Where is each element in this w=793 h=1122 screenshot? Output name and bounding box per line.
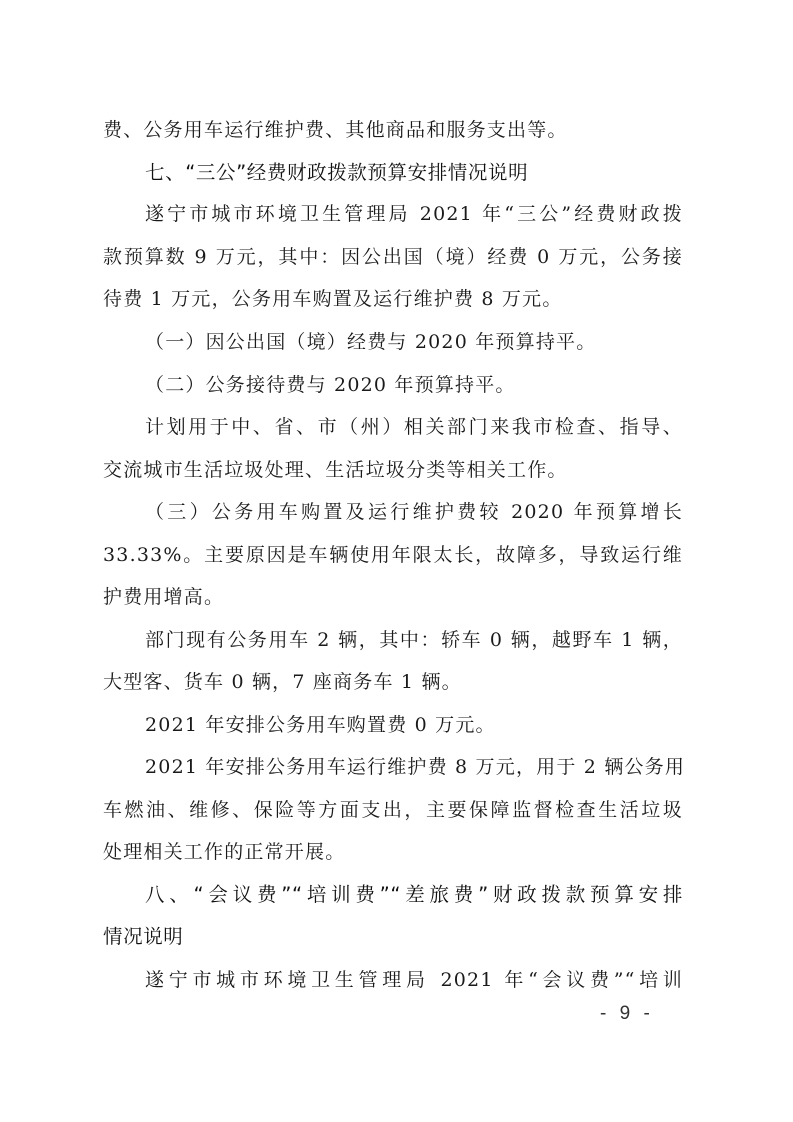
- section-heading-8-cont: 情况说明: [103, 925, 683, 949]
- body-text-line: 33.33%。主要原因是车辆使用年限太长，故障多，导致运行维: [103, 543, 683, 567]
- body-text-line: 处理相关工作的正常开展。: [103, 840, 683, 864]
- section-heading-7: 七、“三公”经费财政拨款预算安排情况说明: [145, 161, 683, 185]
- body-text-line: 计划用于中、省、市（州）相关部门来我市检查、指导、: [145, 415, 683, 439]
- body-text-line: 2021 年安排公务用车购置费 0 万元。: [145, 713, 683, 737]
- subsection-line: （二）公务接待费与 2020 年预算持平。: [145, 373, 683, 397]
- body-text-line: 费、公务用车运行维护费、其他商品和服务支出等。: [103, 118, 683, 142]
- body-text-line: 遂宁市城市环境卫生管理局 2021 年“三公”经费财政拨: [145, 202, 683, 226]
- body-text-line: 遂宁市城市环境卫生管理局 2021 年“会议费”“培训: [145, 968, 683, 992]
- subsection-line: （一）因公出国（境）经费与 2020 年预算持平。: [145, 330, 683, 354]
- document-page: 费、公务用车运行维护费、其他商品和服务支出等。 七、“三公”经费财政拨款预算安排…: [0, 0, 793, 1122]
- body-text-line: 2021 年安排公务用车运行维护费 8 万元，用于 2 辆公务用: [145, 755, 683, 779]
- body-text-line: 待费 1 万元，公务用车购置及运行维护费 8 万元。: [103, 287, 683, 311]
- body-text-line: 车燃油、维修、保险等方面支出，主要保障监督检查生活垃圾: [103, 798, 683, 822]
- section-heading-8: 八、“会议费”“培训费”“差旅费”财政拨款预算安排: [145, 883, 683, 907]
- body-text-line: 部门现有公务用车 2 辆，其中：轿车 0 辆，越野车 1 辆，: [145, 628, 683, 652]
- page-number: - 9 -: [600, 1003, 654, 1025]
- body-text-line: 款预算数 9 万元，其中：因公出国（境）经费 0 万元，公务接: [103, 245, 683, 269]
- body-text-line: 交流城市生活垃圾处理、生活垃圾分类等相关工作。: [103, 458, 683, 482]
- body-text-line: 大型客、货车 0 辆，7 座商务车 1 辆。: [103, 670, 683, 694]
- body-text-line: 护费用增高。: [103, 585, 683, 609]
- subsection-line: （三）公务用车购置及运行维护费较 2020 年预算增长: [145, 500, 683, 524]
